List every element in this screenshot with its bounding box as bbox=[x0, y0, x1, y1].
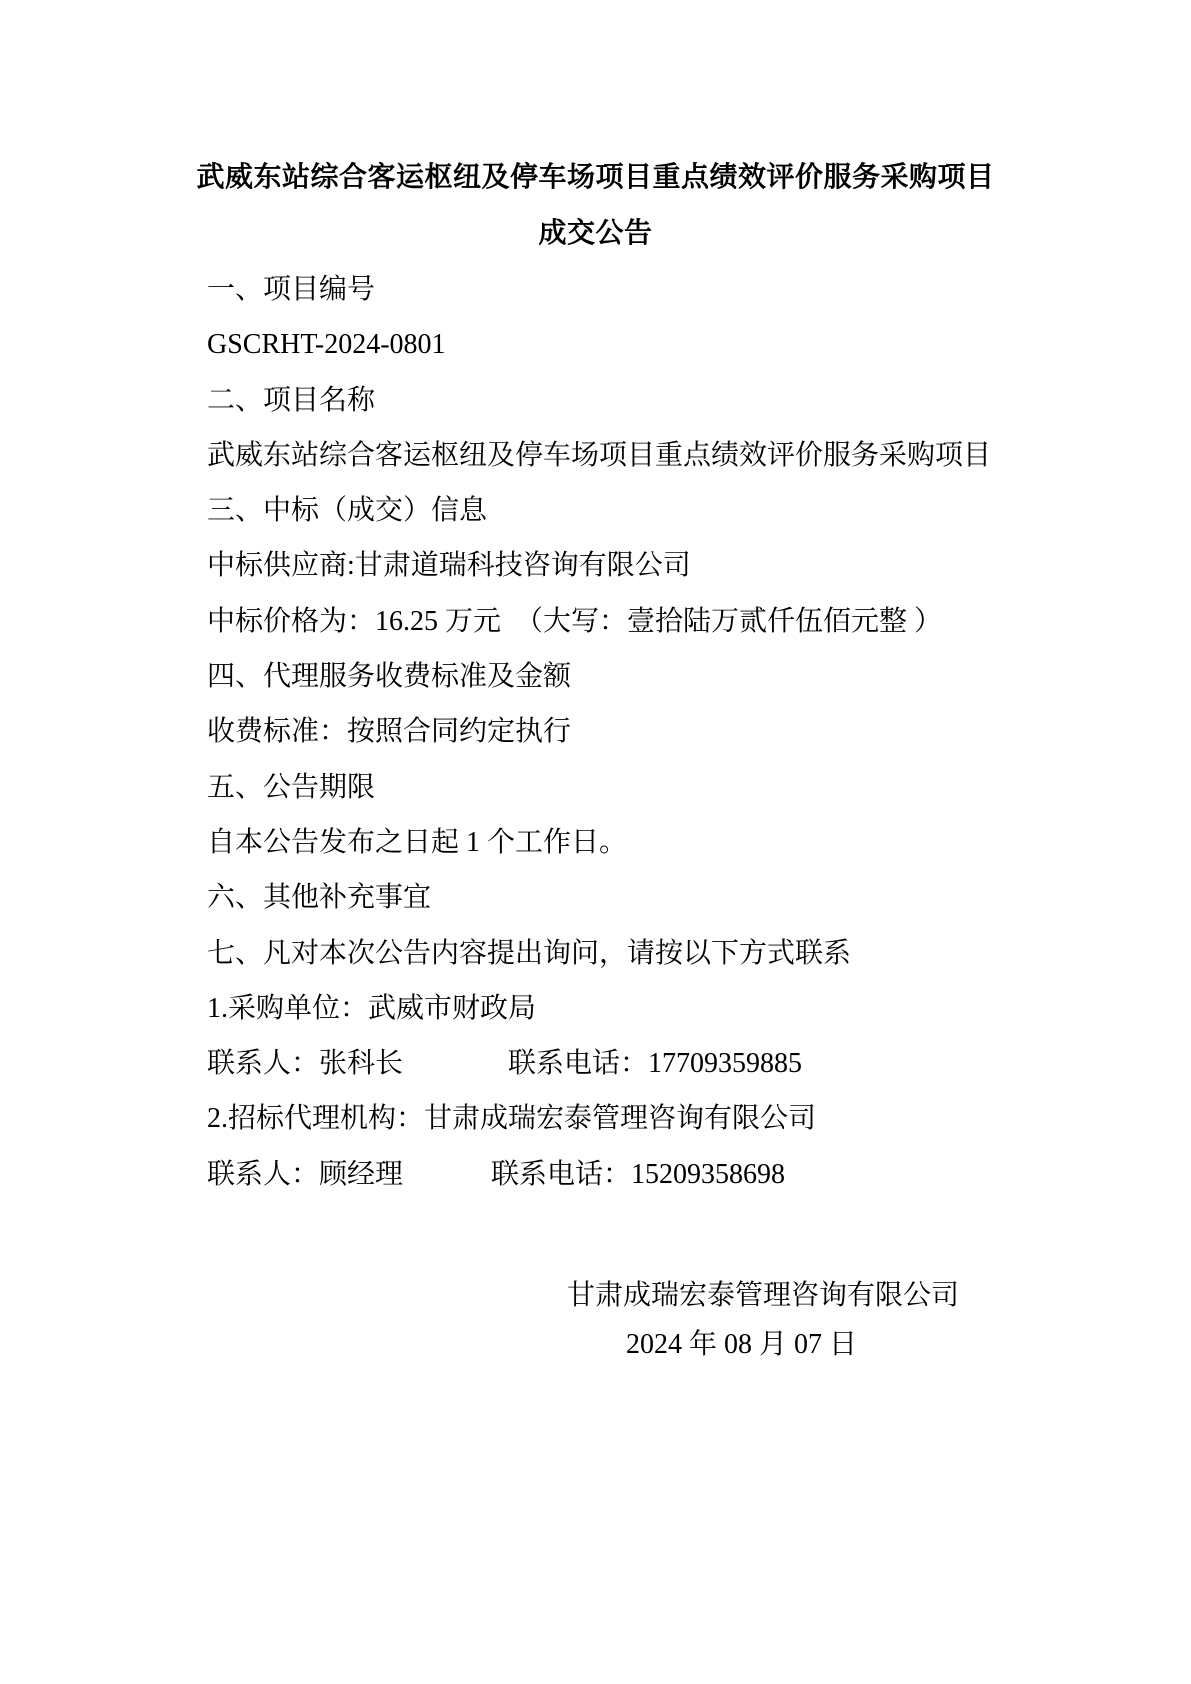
agency-contact-row: 联系人：顾经理 联系电话：15209358698 bbox=[207, 1147, 1041, 1202]
section-2-heading: 二、项目名称 bbox=[207, 373, 1041, 428]
winning-supplier: 中标供应商:甘肃道瑞科技咨询有限公司 bbox=[207, 538, 1041, 593]
document-footer: 甘肃成瑞宏泰管理咨询有限公司 2024 年 08 月 07 日 bbox=[207, 1271, 1191, 1369]
purchaser-unit: 1.采购单位：武威市财政局 bbox=[207, 981, 1041, 1036]
fee-standard: 收费标准：按照合同约定执行 bbox=[207, 704, 1041, 759]
document-body: 一、项目编号 GSCRHT-2024-0801 二、项目名称 武威东站综合客运枢… bbox=[207, 262, 1041, 1202]
purchaser-contact-phone: 联系电话：17709359885 bbox=[508, 1036, 802, 1091]
document-title-line1: 武威东站综合客运枢纽及停车场项目重点绩效评价服务采购项目 bbox=[100, 150, 1091, 206]
section-4-heading: 四、代理服务收费标准及金额 bbox=[207, 649, 1041, 704]
announcement-document: 武威东站综合客运枢纽及停车场项目重点绩效评价服务采购项目 成交公告 一、项目编号… bbox=[0, 0, 1191, 1684]
announcement-period: 自本公告发布之日起 1 个工作日。 bbox=[207, 815, 1041, 870]
section-7-heading: 七、凡对本次公告内容提出询问，请按以下方式联系 bbox=[207, 926, 1041, 981]
agency-contact-phone: 联系电话：15209358698 bbox=[491, 1147, 785, 1202]
agency-contact-name: 联系人：顾经理 bbox=[207, 1147, 403, 1202]
footer-date: 2024 年 08 月 07 日 bbox=[626, 1320, 1191, 1369]
document-title-line2: 成交公告 bbox=[100, 206, 1091, 262]
project-number-value: GSCRHT-2024-0801 bbox=[207, 317, 1041, 372]
project-name-value: 武威东站综合客运枢纽及停车场项目重点绩效评价服务采购项目 bbox=[207, 428, 1041, 483]
section-1-heading: 一、项目编号 bbox=[207, 262, 1041, 317]
document-title: 武威东站综合客运枢纽及停车场项目重点绩效评价服务采购项目 成交公告 bbox=[100, 0, 1091, 262]
section-5-heading: 五、公告期限 bbox=[207, 760, 1041, 815]
section-3-heading: 三、中标（成交）信息 bbox=[207, 483, 1041, 538]
section-6-heading: 六、其他补充事宜 bbox=[207, 870, 1041, 925]
purchaser-contact-name: 联系人：张科长 bbox=[207, 1036, 403, 1091]
purchaser-contact-row: 联系人：张科长 联系电话：17709359885 bbox=[207, 1036, 1041, 1091]
footer-company-signature: 甘肃成瑞宏泰管理咨询有限公司 bbox=[567, 1271, 1191, 1320]
agency-name: 2.招标代理机构：甘肃成瑞宏泰管理咨询有限公司 bbox=[207, 1091, 1041, 1146]
winning-price: 中标价格为：16.25 万元 （大写：壹拾陆万贰仟伍佰元整 ） bbox=[207, 594, 1041, 649]
